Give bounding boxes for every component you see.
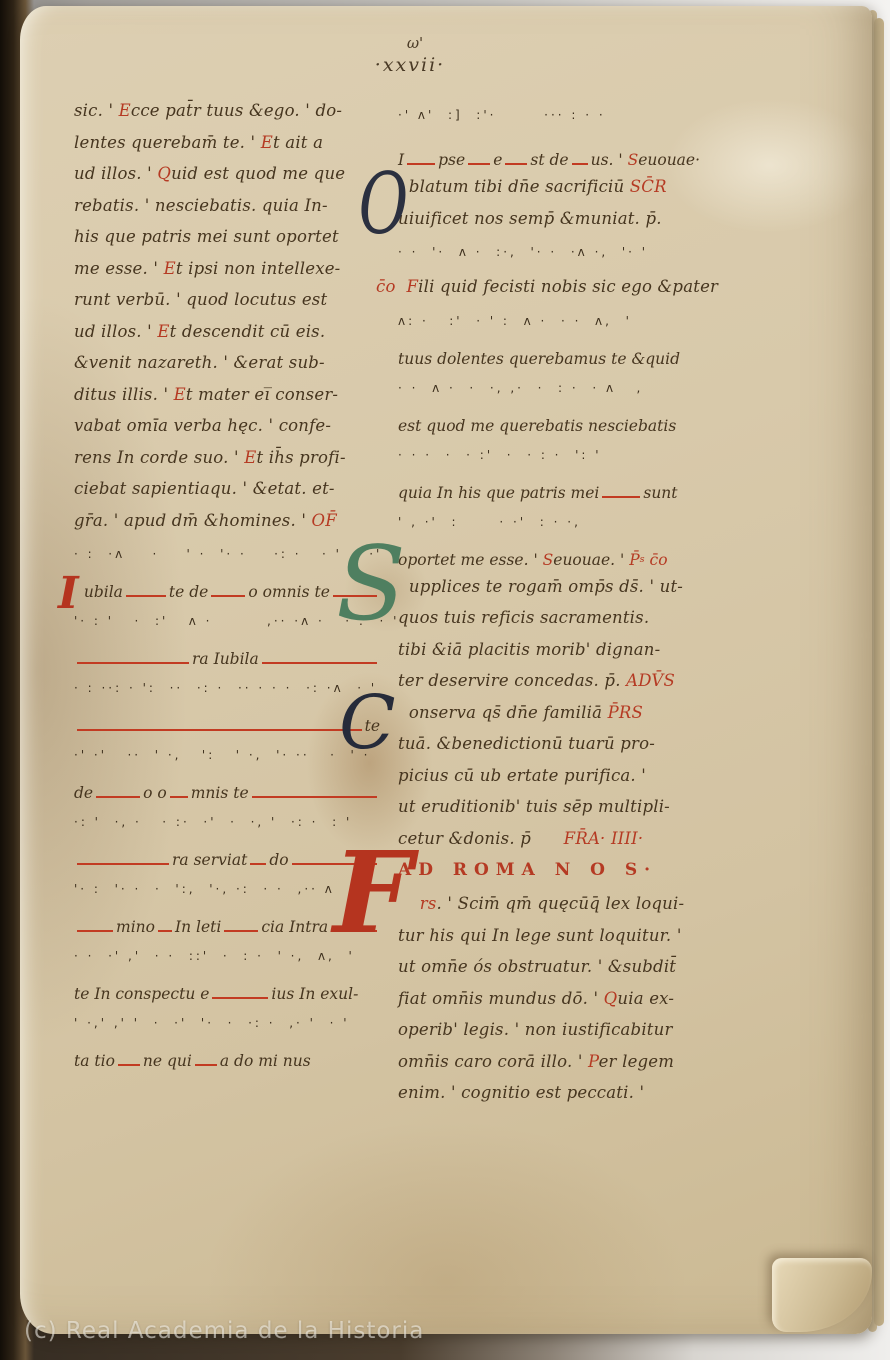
neume-row: · · ʌ · · ·, ,· · : · · ʌ , <box>398 371 734 408</box>
melisma-line <box>602 496 640 498</box>
neume-row: ' ·,' ,' ' · ·' '· · ·: · ,· ' · ' <box>74 1006 380 1043</box>
rubric-text: E <box>119 101 131 120</box>
rubric-text: ADV̄S <box>626 671 675 690</box>
body-text: est quod me querebatis nesciebatis <box>398 414 676 438</box>
text-line: ud illos. ' Et descendit cū eis. <box>74 317 380 349</box>
watermark: (c) Real Academia de la Historia <box>24 1318 424 1344</box>
text-line: uiuificet nos semp̄ &muniat. p̄. <box>398 204 734 236</box>
body-text: In leti <box>175 915 221 939</box>
rubric-text: FR̄A· IIII· <box>564 829 644 848</box>
body-text: do <box>269 848 288 872</box>
rubric-text: S <box>543 548 554 572</box>
body-text: picius cū ub ertate purifica. ' <box>398 766 646 785</box>
body-text: ter deservire concedas. p̄. <box>398 671 626 690</box>
neume-row: ·' ·' ·· ' ·, ': ' ·, '· ·· · ' · <box>74 738 380 775</box>
melisma-line <box>77 662 189 664</box>
body-text: euouae. ' <box>553 548 629 572</box>
text-line: rens In corde suo. ' Et ih̄s profi- <box>74 443 380 475</box>
rubric-text: AD ROMA N O S· <box>398 860 657 880</box>
neume-row: ·' ʌ' :] :'· ··· : · · <box>398 92 734 142</box>
body-text: rebatis. ' nesciebatis. quia In- <box>74 196 328 215</box>
rubric-text: Q <box>604 989 618 1008</box>
text-line: picius cū ub ertate purifica. ' <box>398 761 734 793</box>
body-text: ud illos. ' <box>74 322 157 341</box>
chant-lyric-line: te <box>74 708 380 738</box>
body-text: uid est quod me que <box>171 164 345 183</box>
body-text: t ih̄s profi- <box>256 448 345 467</box>
text-line: rebatis. ' nesciebatis. quia In- <box>74 191 380 223</box>
body-text: tur his qui In lege sunt loquitur. ' <box>398 926 682 945</box>
text-line: vabat omīa verba hęc. ' confe- <box>74 411 380 443</box>
body-text: mino <box>116 915 155 939</box>
text-line: fiat omn̄is mundus dō. ' Quia ex- <box>398 984 734 1016</box>
body-text: ut eruditionib' tuis sēp multipli- <box>398 797 670 816</box>
text-line: tibi &iā placitis morib' dignan- <box>398 635 734 667</box>
text-line: rs. ' Scim̄ qm̄ quęcūq̄ lex loqui- <box>398 889 734 921</box>
melisma-line <box>77 930 113 932</box>
body-text: er legem <box>599 1052 675 1071</box>
neume-row: '· : ' · :' ʌ · ,·· ·ʌ · · : · ' <box>74 604 380 641</box>
body-text: us. ' <box>591 148 628 172</box>
rubric-text: F <box>406 277 418 296</box>
body-text: ditus illis. ' <box>74 385 174 404</box>
melisma-line <box>250 863 266 865</box>
text-line: me esse. ' Et ipsi non intellexe- <box>74 254 380 286</box>
melisma-line <box>195 1064 217 1066</box>
rubric-text: SC̄R <box>630 177 667 196</box>
text-line: ter deservire concedas. p̄. ADV̄S <box>398 666 734 698</box>
initial-C: C <box>339 686 396 760</box>
chant-lyric-line: te In conspectu eius In exul- <box>74 976 380 1006</box>
rubric-text: OF̄ <box>312 511 337 530</box>
body-text: enim. ' cognitio est peccati. ' <box>398 1083 644 1102</box>
manuscript-scan: ω' ·xxvii· sic. ' Ecce pat̄r tuus &ego. … <box>0 0 890 1360</box>
text-line: onserva qs̄ dn̄e familiā P̄RS <box>398 698 734 730</box>
text-line: gr̄a. ' apud dm̄ &homines. ' OF̄ <box>74 506 380 538</box>
body-text: ius In exul- <box>271 982 358 1006</box>
body-text: . ' Scim̄ qm̄ quęcūq̄ lex loqui- <box>437 894 685 913</box>
body-text: uia ex- <box>617 989 674 1008</box>
body-text: ne qui <box>143 1049 192 1073</box>
melisma-line <box>170 796 188 798</box>
rubric-text: S <box>628 148 639 172</box>
rubric-text: P̄ <box>629 548 639 572</box>
rubric-text: c̄o <box>376 277 401 296</box>
body-text: cia Intra <box>261 915 328 939</box>
body-text: onserva qs̄ dn̄e familiā <box>398 703 608 722</box>
melisma-line <box>126 595 166 597</box>
melisma-line <box>572 163 588 165</box>
melisma-line <box>468 163 490 165</box>
melisma-line <box>211 595 245 597</box>
body-text: blatum tibi dn̄e sacrificiū <box>398 177 630 196</box>
melisma-line <box>77 863 169 865</box>
initial-S: S <box>336 534 406 636</box>
text-line: tur his qui In lege sunt loquitur. ' <box>398 921 734 953</box>
body-text: ili quid fecisti nobis sic ego &pater <box>418 277 718 296</box>
body-text: te de <box>169 580 208 604</box>
neume-row: · · '· ʌ · :·, '· · ·ʌ ·, '· ' <box>398 235 734 272</box>
body-text: te In conspectu e <box>74 982 209 1006</box>
chant-lyric-line: ta tione quia do mi nus <box>74 1043 380 1073</box>
rubric-text: E <box>174 385 186 404</box>
body-text: sic. ' <box>74 101 119 120</box>
neume-row: · : ·ʌ · ' · '· · ·: · · ' ·' · <box>74 537 380 574</box>
body-text: operib' legis. ' non iustificabitur <box>398 1020 673 1039</box>
rubric-text: P <box>588 1052 599 1071</box>
page-content: ω' ·xxvii· sic. ' Ecce pat̄r tuus &ego. … <box>0 0 890 1360</box>
body-text: o o <box>143 781 167 805</box>
melisma-line <box>224 930 258 932</box>
body-text: uiuificet nos semp̄ &muniat. p̄. <box>398 209 662 228</box>
text-line: operib' legis. ' non iustificabitur <box>398 1015 734 1047</box>
chant-lyric-line: ra Iubila <box>74 641 380 671</box>
body-text: runt verbū. ' quod locutus est <box>74 290 327 309</box>
initial-O: O <box>359 162 409 246</box>
body-text: ciebat sapientiaqu. ' &etat. et- <box>74 479 335 498</box>
melisma-line <box>158 930 172 932</box>
body-text: &venit nazareth. ' &erat sub- <box>74 353 325 372</box>
text-line: blatum tibi dn̄e sacrificiū SC̄R <box>398 172 734 204</box>
body-text: t mater ei̅ conser- <box>186 385 338 404</box>
text-line: c̄o Fili quid fecisti nobis sic ego &pat… <box>376 272 734 304</box>
text-line: ut eruditionib' tuis sēp multipli- <box>398 792 734 824</box>
body-text: sunt <box>643 481 677 505</box>
body-text: e <box>493 148 502 172</box>
text-line: ud illos. ' Quid est quod me que <box>74 159 380 191</box>
rubric-text: E <box>244 448 256 467</box>
chant-lyric-line: ubilate deo omnis te <box>74 574 380 604</box>
text-line: his que patris mei sunt oportet <box>74 222 380 254</box>
initial-F: F <box>333 838 413 950</box>
text-line: cetur &donis. p̄ FR̄A· IIII· <box>398 824 734 856</box>
initial-I: I <box>58 572 79 616</box>
body-text: rens In corde suo. ' <box>74 448 244 467</box>
rubric-text: P̄RS <box>608 703 643 722</box>
text-line: runt verbū. ' quod locutus est <box>74 285 380 317</box>
neume-row: ' , ·' : · ·' : · ·, <box>398 505 734 542</box>
text-line: lentes querebam̄ te. ' Et ait a <box>74 128 380 160</box>
body-text: a do mi nus <box>220 1049 311 1073</box>
body-text: quia In his que patris mei <box>398 481 599 505</box>
chant-lyric-line: deo omnis te <box>74 775 380 805</box>
body-text: tuus dolentes querebamus te &quid <box>398 347 680 371</box>
rubric-text: Q <box>157 164 171 183</box>
body-text: upplices te rogam̄ omp̄s ds̄. ' ut- <box>398 577 683 596</box>
body-text: t descendit cū eis. <box>170 322 326 341</box>
text-line: ditus illis. ' Et mater ei̅ conser- <box>74 380 380 412</box>
melisma-line <box>407 163 435 165</box>
body-text: ut omn̄e ós obstruatur. ' &subdit̄ <box>398 957 676 976</box>
text-line: sic. ' Ecce pat̄r tuus &ego. ' do- <box>74 96 380 128</box>
chant-lyric-line: oportet me esse. ' Seuouae. ' P̄s c̄o <box>398 542 734 572</box>
body-text: de <box>74 781 93 805</box>
melisma-line <box>77 729 362 731</box>
neume-row: · : ··: · ': ·· ·: · ·· · · · ·: ·ʌ · ' <box>74 671 380 708</box>
body-text: fiat omn̄is mundus dō. ' <box>398 989 604 1008</box>
body-text: vabat omīa verba hęc. ' confe- <box>74 416 331 435</box>
body-text: cce pat̄r tuus &ego. ' do- <box>131 101 342 120</box>
body-text: pse <box>438 148 465 172</box>
body-text: ra serviat <box>172 848 247 872</box>
body-text: st de <box>530 148 568 172</box>
rubric-text: E <box>164 259 176 278</box>
body-text: oportet me esse. ' <box>398 548 543 572</box>
melisma-line <box>96 796 140 798</box>
rubric-text: E <box>261 133 273 152</box>
body-text: mnis te <box>191 781 249 805</box>
body-text: omn̄is caro corā illo. ' <box>398 1052 588 1071</box>
melisma-line <box>505 163 527 165</box>
body-text: ra Iubila <box>192 647 259 671</box>
neume-row: ʌ: · :' · ' : ʌ · · · ʌ, ' <box>398 304 734 341</box>
chant-lyric-line: quia In his que patris meisunt <box>398 475 734 505</box>
text-line: ciebat sapientiaqu. ' &etat. et- <box>74 474 380 506</box>
rubric-heading: AD ROMA N O S· <box>398 855 734 889</box>
melisma-line <box>252 796 377 798</box>
text-line: enim. ' cognitio est peccati. ' <box>398 1078 734 1110</box>
text-line: quos tuis reficis sacramentis. <box>398 603 734 635</box>
text-line: omn̄is caro corā illo. ' Per legem <box>398 1047 734 1079</box>
body-text: gr̄a. ' apud dm̄ &homines. ' <box>74 511 312 530</box>
body-text: quos tuis reficis sacramentis. <box>398 608 649 627</box>
neume-row: · · · · · :' · · : · ': ' <box>398 438 734 475</box>
chant-lyric-line: Ipseest deus. ' Seuouae· <box>398 142 734 172</box>
body-text: ubila <box>74 580 123 604</box>
body-text: euouae· <box>638 148 700 172</box>
rubric-text: c̄o <box>645 548 668 572</box>
body-text: ta tio <box>74 1049 115 1073</box>
text-line: tuā. &benedictionū tuarū pro- <box>398 729 734 761</box>
chant-lyric-line: tuus dolentes querebamus te &quid <box>398 341 734 371</box>
rubric-text: rs <box>420 894 437 913</box>
body-text: tuā. &benedictionū tuarū pro- <box>398 734 655 753</box>
quire-mark: ω' <box>0 34 830 52</box>
body-text: cetur &donis. p̄ <box>398 829 564 848</box>
text-line: &venit nazareth. ' &erat sub- <box>74 348 380 380</box>
body-text: lentes querebam̄ te. ' <box>74 133 261 152</box>
body-text: t ipsi non intellexe- <box>176 259 341 278</box>
body-text: o omnis te <box>248 580 330 604</box>
body-text: his que patris mei sunt oportet <box>74 227 339 246</box>
chant-lyric-line: est quod me querebatis nesciebatis <box>398 408 734 438</box>
text-line: upplices te rogam̄ omp̄s ds̄. ' ut- <box>398 572 734 604</box>
rubric-text: E <box>157 322 169 341</box>
melisma-line <box>118 1064 140 1066</box>
body-text: ud illos. ' <box>74 164 157 183</box>
body-text: t ait a <box>273 133 323 152</box>
text-line: ut omn̄e ós obstruatur. ' &subdit̄ <box>398 952 734 984</box>
body-text: tibi &iā placitis morib' dignan- <box>398 640 660 659</box>
right-text-column: ·' ʌ' :] :'· ··· : · ·Ipseest deus. ' Se… <box>398 92 734 1110</box>
melisma-line <box>212 997 268 999</box>
melisma-line <box>262 662 377 664</box>
folio-number: ·xxvii· <box>0 54 820 76</box>
body-text: me esse. ' <box>74 259 164 278</box>
